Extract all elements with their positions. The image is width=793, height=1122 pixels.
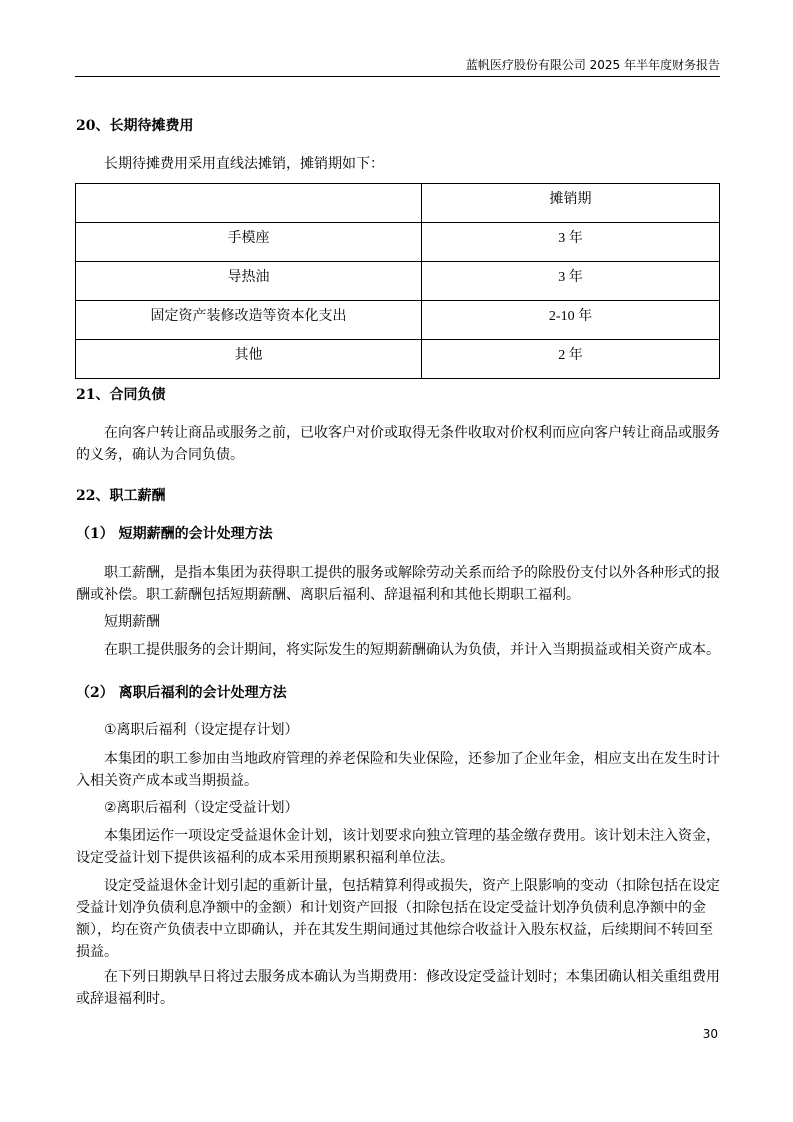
table-cell-period: 2 年 <box>422 340 720 379</box>
table-row: 手模座 3 年 <box>76 223 720 262</box>
table-cell-item: 导热油 <box>76 262 422 301</box>
section-21-paragraph: 在向客户转让商品或服务之前，已收客户对价或取得无条件收取对价权利而应向客户转让商… <box>76 422 720 466</box>
amortization-table: 摊销期 手模座 3 年 导热油 3 年 固定资产装修改造等资本化支出 2-10 … <box>75 183 720 379</box>
subsection-heading-2: （2） 离职后福利的会计处理方法 <box>76 683 287 703</box>
sub1-paragraph-2: 在职工提供服务的会计期间，将实际发生的短期薪酬确认为负债，并计入当期损益或相关资… <box>76 639 720 661</box>
section-heading-21: 21、合同负债 <box>76 385 165 405</box>
table-row: 其他 2 年 <box>76 340 720 379</box>
table-cell-item: 固定资产装修改造等资本化支出 <box>76 301 422 340</box>
sub1-paragraph-1: 职工薪酬，是指本集团为获得职工提供的服务或解除劳动关系而给予的除股份支付以外各种… <box>76 562 720 606</box>
table-header-cell <box>76 184 422 223</box>
table-cell-period: 2-10 年 <box>422 301 720 340</box>
table-cell-period: 3 年 <box>422 223 720 262</box>
table-row: 导热油 3 年 <box>76 262 720 301</box>
sub2-item1-label: ①离职后福利（设定提存计划） <box>76 719 720 741</box>
sub1-label: 短期薪酬 <box>76 611 720 633</box>
sub2-item2-paragraph-2: 设定受益退休金计划引起的重新计量，包括精算利得或损失，资产上限影响的变动（扣除包… <box>76 875 720 963</box>
page-header: 蓝帆医疗股份有限公司 2025 年半年度财务报告 <box>75 56 720 77</box>
table-header-cell: 摊销期 <box>422 184 720 223</box>
section-20-intro: 长期待摊费用采用直线法摊销，摊销期如下： <box>76 153 720 175</box>
table-row: 固定资产装修改造等资本化支出 2-10 年 <box>76 301 720 340</box>
table-cell-item: 其他 <box>76 340 422 379</box>
subsection-heading-1: （1） 短期薪酬的会计处理方法 <box>76 524 273 544</box>
sub2-item1-paragraph: 本集团的职工参加由当地政府管理的养老保险和失业保险，还参加了企业年金，相应支出在… <box>76 748 720 792</box>
table-cell-item: 手模座 <box>76 223 422 262</box>
sub2-item2-paragraph-1: 本集团运作一项设定受益退休金计划，该计划要求向独立管理的基金缴存费用。该计划未注… <box>76 825 720 869</box>
sub2-item2-label: ②离职后福利（设定受益计划） <box>76 797 720 819</box>
sub2-item2-paragraph-3: 在下列日期孰早日将过去服务成本确认为当期费用：修改设定受益计划时；本集团确认相关… <box>76 966 720 1010</box>
section-heading-22: 22、职工薪酬 <box>76 486 165 506</box>
section-heading-20: 20、长期待摊费用 <box>76 116 193 136</box>
page-number: 30 <box>690 1027 718 1041</box>
table-cell-period: 3 年 <box>422 262 720 301</box>
table-header-row: 摊销期 <box>76 184 720 223</box>
